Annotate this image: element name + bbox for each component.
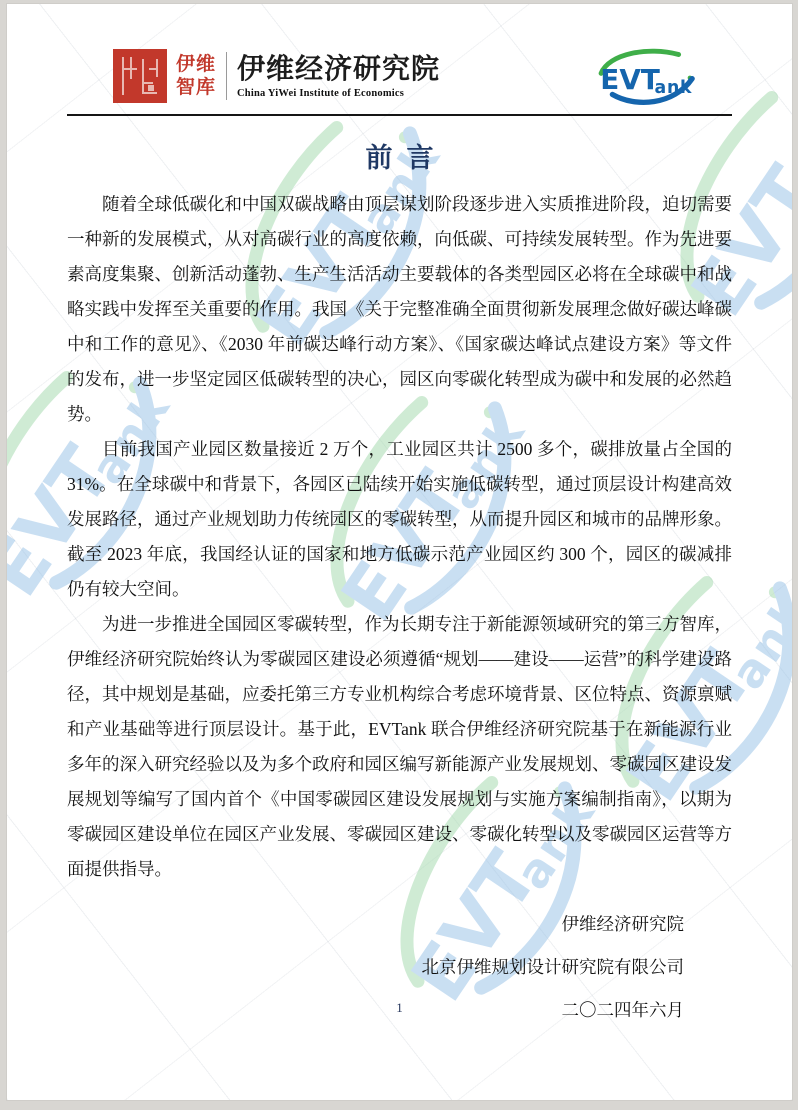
badge-line1: 伊维 (176, 53, 216, 76)
signature-org: 伊维经济研究院 (67, 903, 684, 946)
badge-line2: 智库 (176, 76, 216, 99)
logo-divider (226, 52, 227, 100)
org-name-en: China YiWei Institute of Economics (237, 88, 440, 99)
preface-paragraph: 目前我国产业园区数量接近 2 万个，工业园区共计 2500 多个，碳排放量占全国… (67, 432, 732, 607)
report-header: 伊维 智库 伊维经济研究院 China YiWei Institute of E… (67, 4, 732, 116)
preface-paragraph: 为进一步推进全国园区零碳转型，作为长期专注于新能源领域研究的第三方智库，伊维经济… (67, 607, 732, 887)
document-page: 伊维 智库 伊维经济研究院 China YiWei Institute of E… (6, 3, 793, 1101)
yiwei-logo-group: 伊维 智库 伊维经济研究院 China YiWei Institute of E… (113, 49, 440, 103)
evtank-logo-icon (588, 44, 706, 108)
yiwei-badge-text: 伊维 智库 (176, 53, 216, 99)
org-name-cn: 伊维经济研究院 (237, 54, 440, 86)
page-number: 1 (7, 1000, 792, 1016)
org-name-block: 伊维经济研究院 China YiWei Institute of Economi… (237, 54, 440, 99)
signature-company: 北京伊维规划设计研究院有限公司 (67, 946, 684, 989)
preface-body: 随着全球低碳化和中国双碳战略由顶层谋划阶段逐步进入实质推进阶段，迫切需要一种新的… (67, 187, 732, 887)
preface-paragraph: 随着全球低碳化和中国双碳战略由顶层谋划阶段逐步进入实质推进阶段，迫切需要一种新的… (67, 187, 732, 432)
page-title: 前言 (7, 136, 792, 175)
yiwei-logo-mark-icon (113, 49, 167, 103)
